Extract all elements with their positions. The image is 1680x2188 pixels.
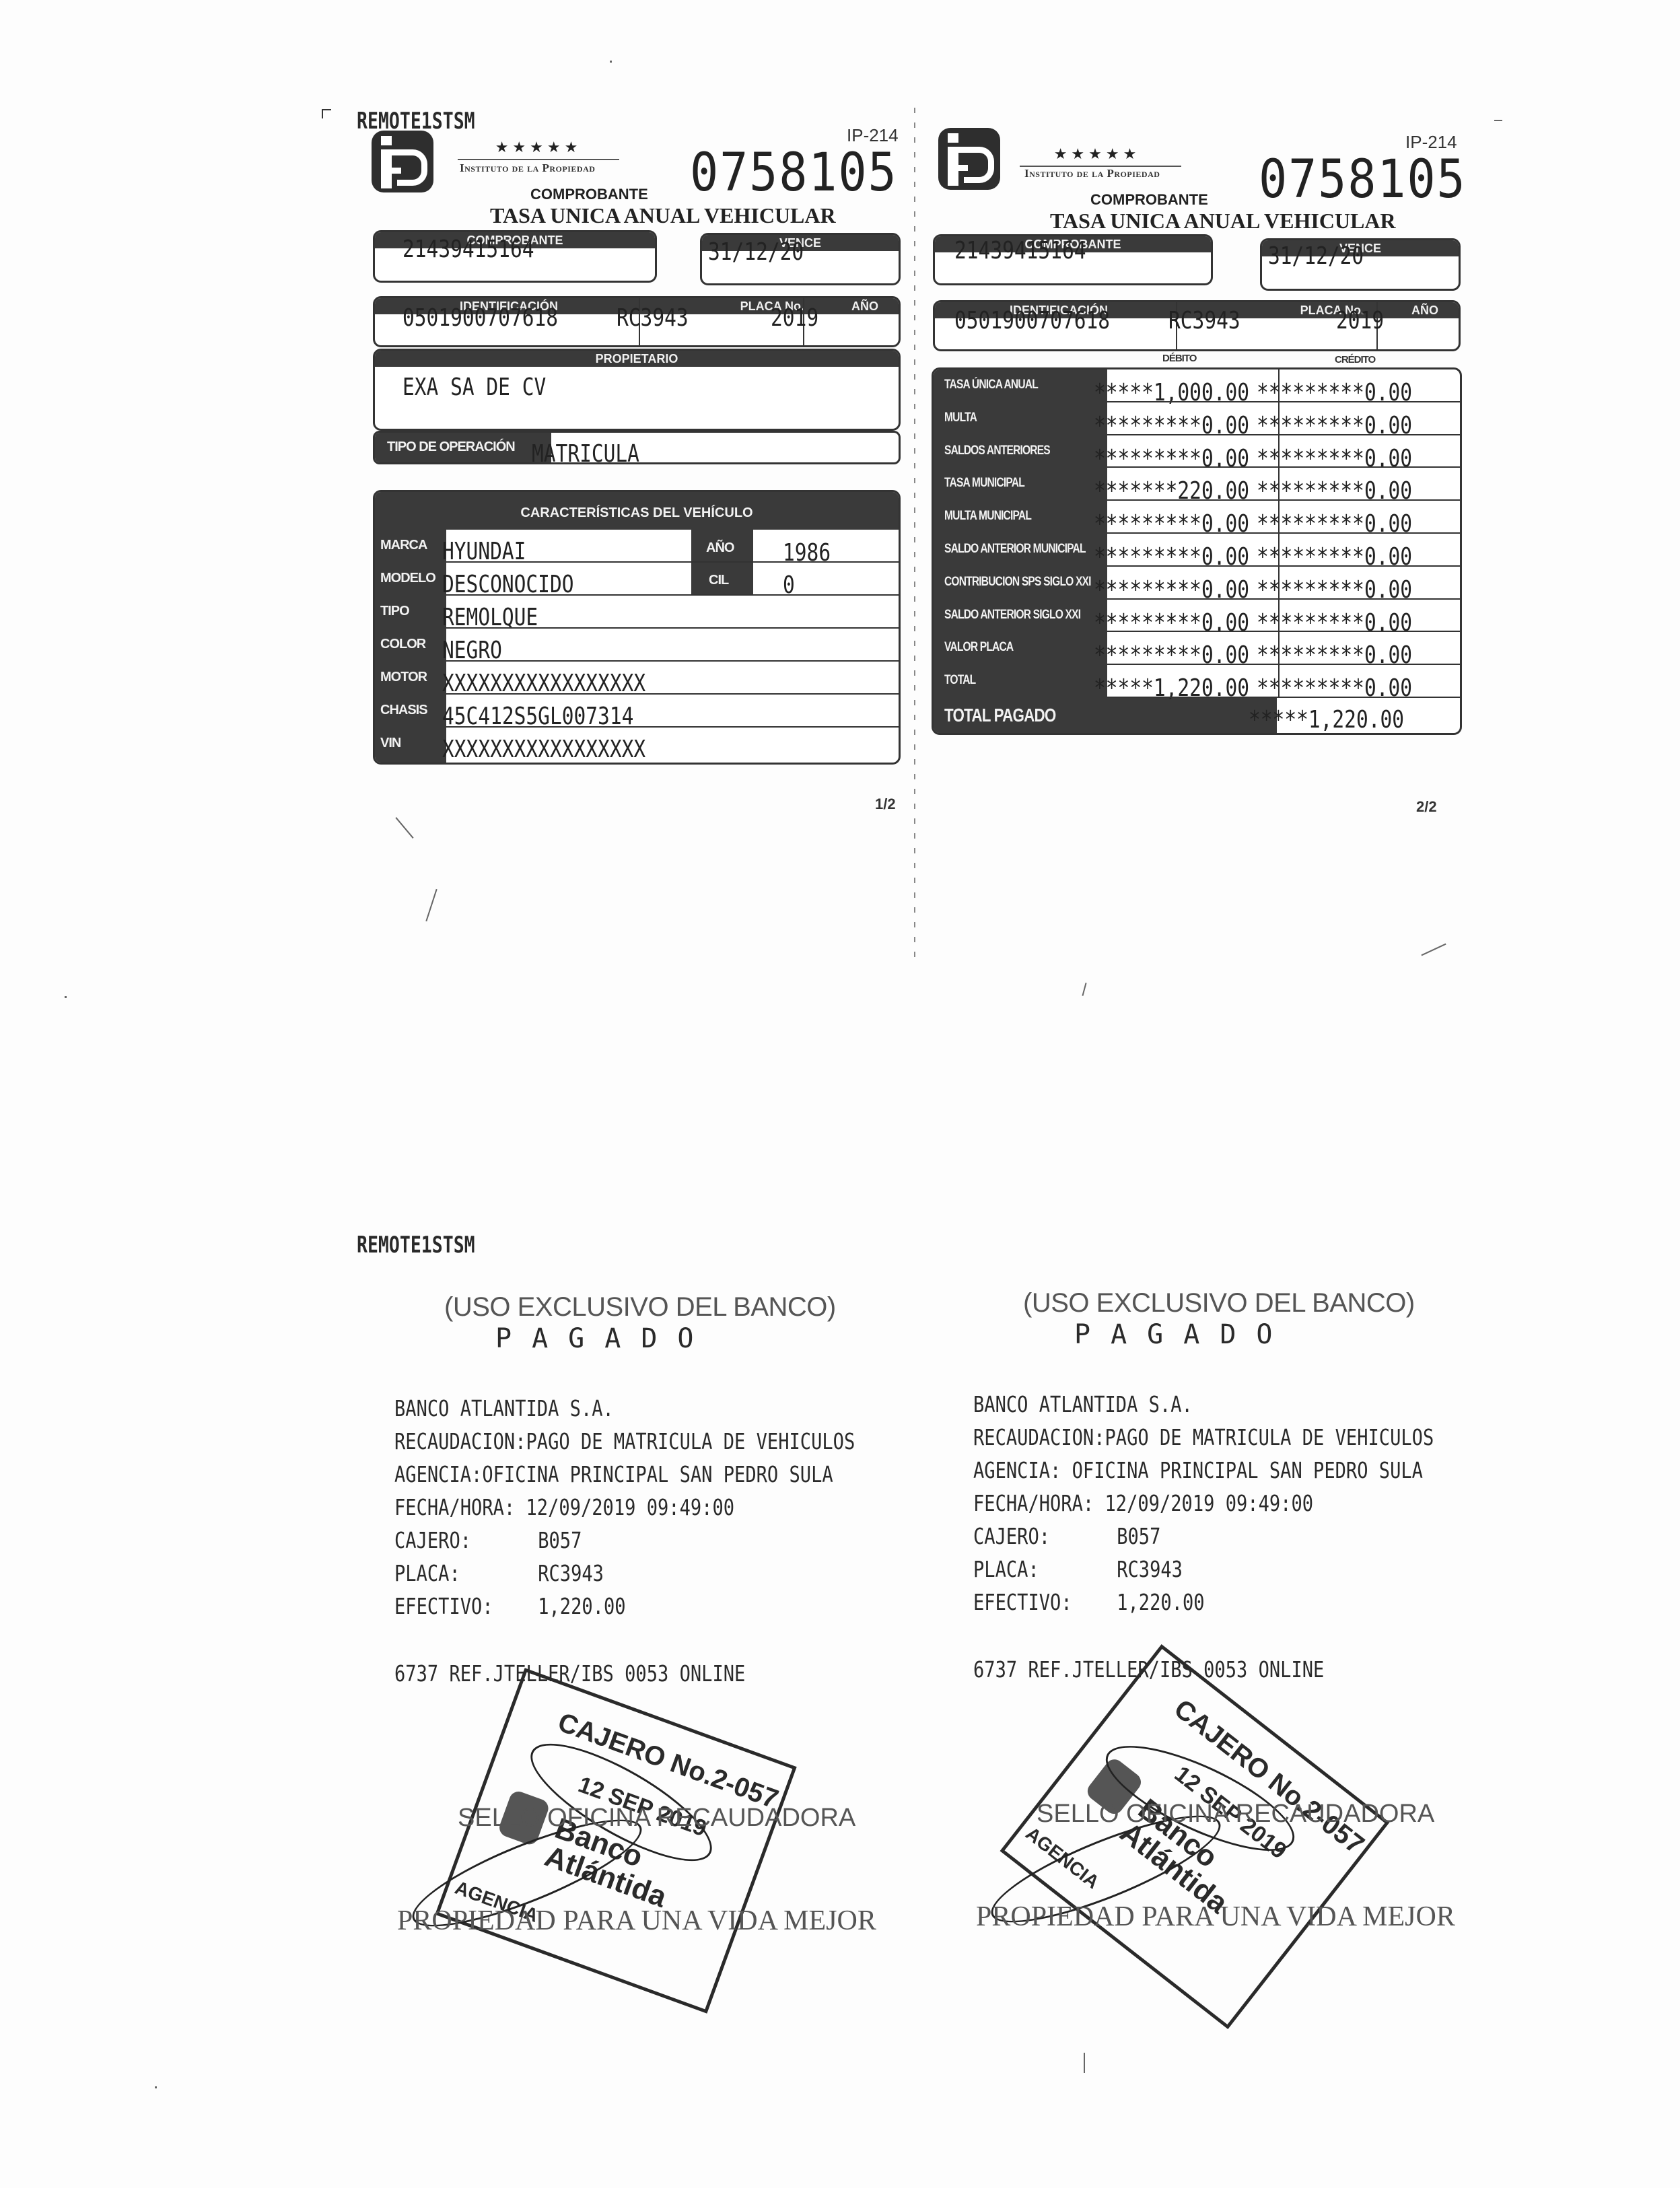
total-paid-label: TOTAL PAGADO (944, 705, 1055, 726)
divider (1107, 532, 1460, 534)
scan-speck (1084, 2053, 1085, 2073)
voucher-title: TASA UNICA ANUAL VEHICULAR (490, 203, 836, 228)
placa-value: RC3943 (538, 1560, 604, 1586)
ip-logo-icon (372, 131, 433, 192)
voucher-number: 0758105 (1259, 149, 1466, 210)
charges-table: TASA ÚNICA ANUAL *****1,000.00 *********… (932, 367, 1462, 735)
agencia: AGENCIA:OFICINA PRINCIPAL SAN PEDRO SULA (394, 1458, 855, 1491)
cajero-value: B057 (1117, 1523, 1160, 1549)
charge-label: SALDO ANTERIOR SIGLO XXI (944, 608, 1080, 623)
charge-debit: *********0.00 (1094, 445, 1249, 472)
bank-header-code: REMOTE1STSM (357, 1232, 475, 1259)
bank-heading: (USO EXCLUSIVO DEL BANCO) (1023, 1288, 1415, 1318)
anio-value: 2019 (771, 304, 818, 332)
charge-label: TOTAL (944, 673, 975, 688)
cajero-row: CAJERO:B057 (973, 1520, 1434, 1553)
divider (458, 159, 619, 160)
propietario-label: PROPIETARIO (375, 351, 899, 367)
fecha-label: FECHA/HORA: (394, 1494, 515, 1520)
divider (446, 594, 899, 596)
fecha-value: 12/09/2019 09:49:00 (526, 1494, 735, 1520)
scan-speck (395, 817, 413, 839)
bank-heading: (USO EXCLUSIVO DEL BANCO) (444, 1292, 836, 1322)
tipo-operacion-value: MATRICULA (532, 440, 639, 468)
divider (1107, 631, 1460, 632)
scan-corner-mark (322, 109, 331, 110)
divider (1107, 664, 1460, 665)
cajero-label: CAJERO: (973, 1520, 1117, 1553)
voucher-subtitle: COMPROBANTE (1090, 191, 1208, 209)
vehicle-anio-value: 1986 (783, 539, 831, 567)
comprobante-value: 21439415164 (954, 237, 1086, 264)
scan-speck (65, 996, 67, 998)
placa-label: PLACA: (394, 1557, 538, 1590)
receipt-details: BANCO ATLANTIDA S.A.RECAUDACION:PAGO DE … (973, 1388, 1434, 1619)
credit-header: CRÉDITO (1335, 354, 1375, 365)
fecha-row: FECHA/HORA: 12/09/2019 09:49:00 (394, 1491, 855, 1524)
tipo-operacion-label: TIPO DE OPERACIÓN (387, 439, 515, 455)
vehicle-value: XXXXXXXXXXXXXXXXX (442, 736, 645, 763)
vehicle-label: COLOR (380, 637, 425, 652)
charge-label: VALOR PLACA (944, 640, 1013, 655)
anio-value: 2019 (1336, 307, 1384, 334)
divider (446, 660, 899, 662)
vehicle-label: MOTOR (380, 670, 427, 685)
divider (1107, 401, 1460, 402)
efectivo-label: EFECTIVO: (394, 1590, 538, 1623)
agencia: AGENCIA: OFICINA PRINCIPAL SAN PEDRO SUL… (973, 1454, 1434, 1487)
recaudacion: RECAUDACION:PAGO DE MATRICULA DE VEHICUL… (394, 1425, 855, 1458)
scan-corner-mark-v (322, 109, 323, 118)
sello-label: SELLO OFICINA RECAUDADORA (1037, 1800, 1434, 1829)
cajero-row: CAJERO:B057 (394, 1524, 855, 1557)
motto: PROPIEDAD PARA UNA VIDA MEJOR (976, 1901, 1455, 1933)
identificacion-value: 0501900707618 (954, 307, 1110, 334)
divider (446, 561, 899, 563)
placa-value: RC3943 (1168, 307, 1240, 334)
placa-value: RC3943 (1117, 1556, 1183, 1582)
bank-name: BANCO ATLANTIDA S.A. (394, 1392, 855, 1425)
vehicle-label: CHASIS (380, 703, 427, 718)
vehicle-label: TIPO (380, 604, 409, 619)
anio-label: AÑO (818, 298, 899, 314)
vehicle-cil-value: 0 (783, 571, 795, 599)
divider (1107, 434, 1460, 435)
comprobante-value: 21439415164 (403, 236, 534, 263)
propietario-value: EXA SA DE CV (403, 374, 546, 401)
efectivo-row: EFECTIVO:1,220.00 (973, 1586, 1434, 1619)
divider (1107, 466, 1460, 468)
bank-name: BANCO ATLANTIDA S.A. (973, 1388, 1434, 1421)
placa-row: PLACA:RC3943 (394, 1557, 855, 1590)
charge-label: CONTRIBUCION SPS SIGLO XXI (944, 575, 1091, 590)
divider (446, 627, 899, 629)
sello-label: SELLO OFICINA RECAUDADORA (458, 1804, 855, 1833)
efectivo-row: EFECTIVO:1,220.00 (394, 1590, 855, 1623)
divider (1107, 697, 1460, 698)
institution-name: Instituto de la Propiedad (1024, 167, 1160, 180)
paid-status: PAGADO (495, 1323, 714, 1354)
scan-speck (155, 2086, 157, 2088)
voucher-subtitle: COMPROBANTE (530, 186, 648, 203)
efectivo-label: EFECTIVO: (973, 1586, 1117, 1619)
charge-label: MULTA (944, 411, 977, 425)
divider (1107, 598, 1460, 600)
placa-row: PLACA:RC3943 (973, 1553, 1434, 1586)
page-indicator: 2/2 (1416, 798, 1437, 816)
charge-label: SALDO ANTERIOR MUNICIPAL (944, 542, 1086, 557)
divider (1107, 499, 1460, 501)
vehicle-characteristics-table: CARACTERÍSTICAS DEL VEHÍCULO MARCA HYUND… (373, 490, 901, 765)
vehicle-label: MODELO (380, 571, 435, 586)
vehicle-title: CARACTERÍSTICAS DEL VEHÍCULO (375, 492, 899, 530)
placa-label: PLACA: (973, 1553, 1117, 1586)
voucher-title: TASA UNICA ANUAL VEHICULAR (1050, 209, 1396, 234)
anio-label: AÑO (1378, 302, 1459, 318)
fecha-row: FECHA/HORA: 12/09/2019 09:49:00 (973, 1487, 1434, 1520)
receipt-details: BANCO ATLANTIDA S.A.RECAUDACION:PAGO DE … (394, 1392, 855, 1623)
divider (446, 726, 899, 728)
stars-icon: ★★★★★ (1030, 145, 1164, 163)
motto: PROPIEDAD PARA UNA VIDA MEJOR (397, 1905, 876, 1937)
efectivo-value: 1,220.00 (1117, 1589, 1204, 1615)
scan-speck (1082, 983, 1086, 996)
vehicle-label: VIN (380, 736, 400, 751)
page-indicator: 1/2 (875, 796, 896, 813)
ip-logo-icon (938, 128, 1000, 190)
vehicle-anio-label: AÑO (706, 540, 734, 556)
vence-value: 31/12/20 (708, 238, 804, 266)
vehicle-cil-label: CIL (709, 573, 728, 588)
voucher-number: 0758105 (690, 143, 897, 203)
divider (446, 693, 899, 695)
institution-name: Instituto de la Propiedad (460, 162, 595, 175)
scan-speck (610, 61, 612, 63)
fecha-label: FECHA/HORA: (973, 1490, 1094, 1516)
recaudacion: RECAUDACION:PAGO DE MATRICULA DE VEHICUL… (973, 1421, 1434, 1454)
charge-credit: *********0.00 (1257, 609, 1412, 637)
charge-label: MULTA MUNICIPAL (944, 509, 1031, 524)
divider (1107, 565, 1460, 567)
debit-header: DÉBITO (1162, 353, 1196, 364)
efectivo-value: 1,220.00 (538, 1593, 625, 1619)
charge-label: SALDOS ANTERIORES (944, 444, 1050, 458)
stars-icon: ★★★★★ (471, 139, 606, 156)
cajero-label: CAJERO: (394, 1524, 538, 1557)
vence-value: 31/12/20 (1268, 242, 1364, 270)
scan-speck (1494, 120, 1502, 121)
scan-speck (425, 889, 437, 921)
charge-credit: *********0.00 (1257, 445, 1412, 472)
cajero-value: B057 (538, 1527, 582, 1553)
identificacion-value: 0501900707618 (403, 304, 558, 332)
charge-debit: *********0.00 (1094, 609, 1249, 637)
fecha-value: 12/09/2019 09:49:00 (1105, 1490, 1314, 1516)
placa-value: RC3943 (617, 304, 689, 332)
paid-status: PAGADO (1074, 1319, 1293, 1350)
total-paid-value: *****1,220.00 (1249, 706, 1404, 734)
charge-label: TASA ÚNICA ANUAL (944, 378, 1038, 392)
copy-divider (914, 108, 915, 962)
charge-label: TASA MUNICIPAL (944, 476, 1024, 491)
scan-speck (1421, 944, 1446, 956)
vehicle-label: MARCA (380, 538, 427, 553)
